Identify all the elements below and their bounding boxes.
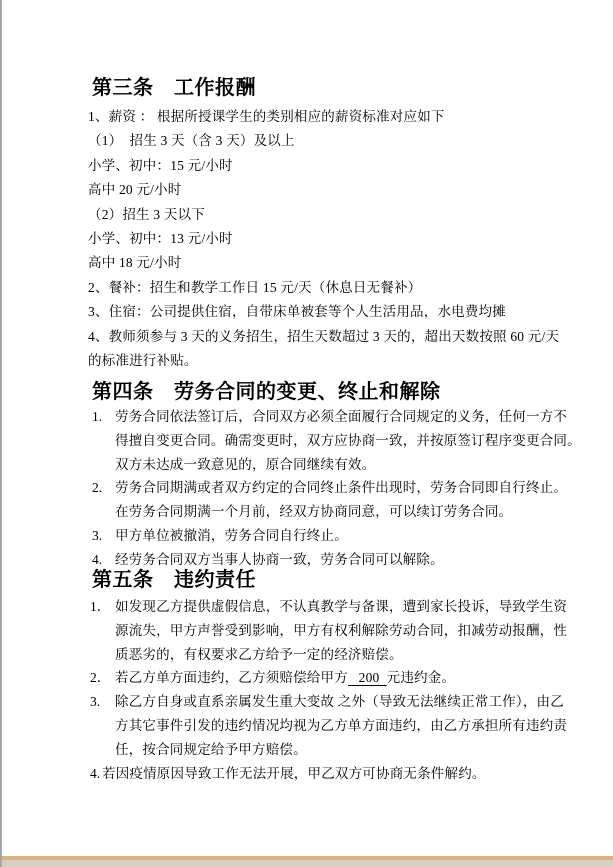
list-item-marker: 4. bbox=[90, 762, 100, 786]
paragraph-line: （2）招生 3 天以下 bbox=[88, 203, 205, 227]
paragraph-line: 2、餐补：招生和教学工作日 15 元/天（休息日无餐补） bbox=[88, 276, 421, 300]
list-item-marker: 3. bbox=[90, 690, 100, 714]
list-item-line: 质恶劣的，有权要求乙方给予一定的经济赔偿。 bbox=[115, 643, 403, 667]
paragraph-line: 4、教师须参与 3 天的义务招生，招生天数超过 3 天的，超出天数按照 60 元… bbox=[88, 325, 559, 349]
paragraph-line: 1、薪资 ： 根据所授课学生的类别相应的薪资标准对应如下 bbox=[88, 105, 445, 129]
list-item-line: 除乙方自身或直系亲属发生重大变故 之外（导致无法继续正常工作），由乙 bbox=[115, 690, 564, 714]
list-item-line: 若因疫情原因导致工作无法开展，甲乙双方可协商无条件解约。 bbox=[102, 762, 486, 786]
list-item-line: 双方未达成一致意见的，原合同继续有效。 bbox=[115, 453, 375, 477]
page-left-border bbox=[0, 0, 2, 867]
paragraph-line: 高中 18 元/小时 bbox=[88, 251, 182, 275]
page-bottom-tan-line bbox=[0, 856, 613, 860]
paragraph-line: 小学、初中：15 元/小时 bbox=[88, 154, 233, 178]
list-item-line: 甲方单位被撤消，劳务合同自行终止。 bbox=[115, 524, 348, 548]
paragraph-line: 的标准进行补贴。 bbox=[88, 349, 198, 373]
section-heading: 第四条 劳务合同的变更、终止和解除 bbox=[92, 379, 441, 405]
list-item-line: 在劳务合同期满一个月前，经双方协商同意，可以续订劳务合同。 bbox=[115, 500, 512, 524]
section-heading: 第三条 工作报酬 bbox=[92, 75, 256, 101]
contract-penalty-amount: 200 bbox=[348, 670, 387, 685]
list-item-line: 得擅自变更合同。确需变更时，双方应协商一致，并按原签订程序变更合同。 bbox=[115, 429, 581, 453]
page-bottom-edge bbox=[0, 856, 613, 867]
list-item-marker: 2． bbox=[90, 666, 110, 690]
list-item-line: 源流失，甲方声誉受到影响，甲方有权利解除劳动合同，扣减劳动报酬，性 bbox=[115, 619, 567, 643]
paragraph-line: 高中 20 元/小时 bbox=[88, 178, 182, 202]
list-item-line: 劳务合同依法签订后，合同双方必须全面履行合同规定的义务，任何一方不 bbox=[115, 405, 567, 429]
list-item-line: 任，按合同规定给予甲方赔偿。 bbox=[115, 738, 307, 762]
paragraph-line: （1） 招生 3 天（含 3 天）及以上 bbox=[88, 129, 295, 153]
list-item-marker: 1． bbox=[90, 595, 110, 619]
list-item-line: 方其它事件引发的违约情况均视为乙方单方面违约，由乙方承担所有违约责 bbox=[115, 714, 567, 738]
paragraph-line: 小学、初中：13 元/小时 bbox=[88, 227, 233, 251]
list-item-line: 若乙方单方面违约，乙方须赔偿给甲方 200 元违约金。 bbox=[115, 666, 455, 690]
text-segment: 若乙方单方面违约，乙方须赔偿给甲方 bbox=[115, 670, 348, 685]
list-item-marker: 2. bbox=[92, 476, 102, 500]
list-item-line: 劳务合同期满或者双方约定的合同终止条件出现时，劳务合同即自行终止。 bbox=[115, 476, 567, 500]
list-item-marker: 3. bbox=[92, 524, 102, 548]
list-item-marker: 1. bbox=[92, 405, 102, 429]
paragraph-line: 3、住宿：公司提供住宿，自带床单被套等个人生活用品，水电费均摊 bbox=[88, 300, 506, 324]
list-item-line: 如发现乙方提供虚假信息，不认真教学与备课，遭到家长投诉，导致学生资 bbox=[115, 595, 567, 619]
document-page: 第三条 工作报酬1、薪资 ： 根据所授课学生的类别相应的薪资标准对应如下（1） … bbox=[0, 0, 613, 867]
text-segment: 元违约金。 bbox=[387, 670, 456, 685]
section-heading: 第五条 违约责任 bbox=[92, 567, 256, 593]
